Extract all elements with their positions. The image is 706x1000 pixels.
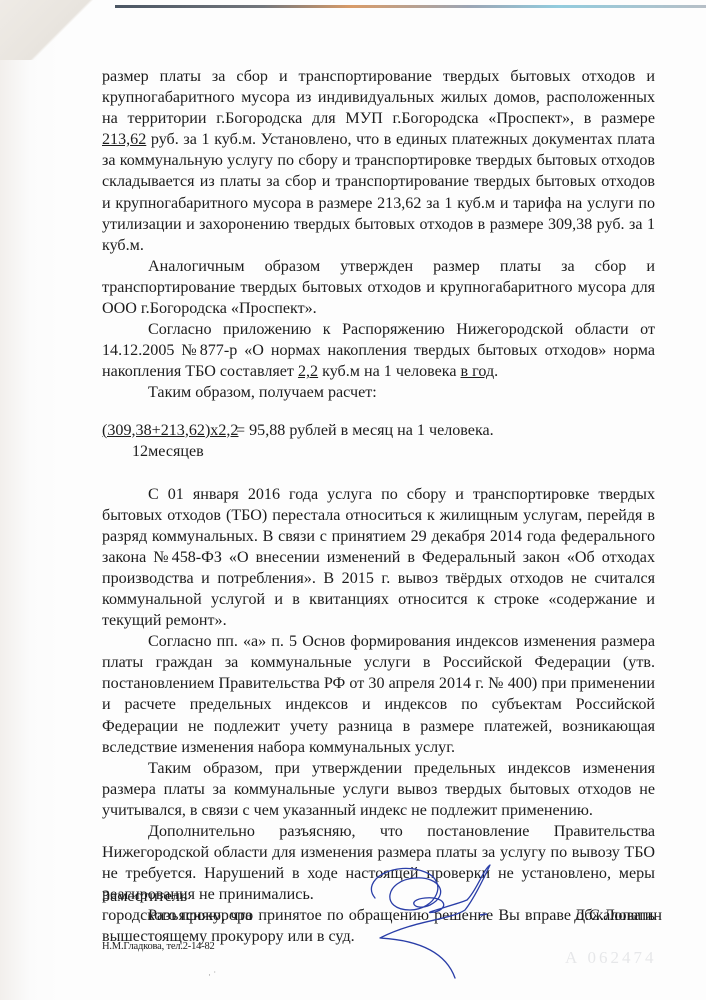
- scan-speckle: · ˙: [208, 970, 216, 980]
- text-segment: Таким образом, получаем расчет:: [148, 384, 377, 401]
- paragraph-4: Таким образом, получаем расчет:: [102, 382, 655, 403]
- signer-name: Д.С.Лопатин: [574, 906, 662, 925]
- paragraph-2: Аналогичным образом утвержден размер пла…: [102, 256, 655, 319]
- underlined-period: в год: [461, 363, 495, 380]
- formula-numerator: (309,38+213,62)х2,2: [102, 420, 238, 441]
- paragraph-3: Согласно приложению к Распоряжению Нижег…: [102, 319, 655, 382]
- paragraph-5: С 01 января 2016 года услуга по сбору и …: [102, 484, 655, 632]
- handwritten-signature-icon: [355, 860, 495, 985]
- paragraph-1: размер платы за сбор и транспортирование…: [102, 66, 655, 256]
- folded-corner: [0, 0, 120, 60]
- paragraph-6: Согласно пп. «а» п. 5 Основ формирования…: [102, 631, 655, 758]
- executor-contact: Н.М.Гладкова, тел.2-14-82: [102, 941, 215, 952]
- letter-body: размер платы за сбор и транспортирование…: [102, 66, 655, 948]
- text-segment: .: [494, 363, 498, 380]
- calculation-formula: (309,38+213,62)х2,2 = 95,88 рублей в мес…: [102, 420, 655, 484]
- underlined-norm: 2,2: [298, 363, 318, 380]
- scan-top-edge: [115, 5, 706, 8]
- text-segment: размер платы за сбор и транспортирование…: [102, 68, 655, 127]
- text-segment: руб. за 1 куб.м. Установлено, что в един…: [102, 131, 655, 253]
- underlined-amount: 213,62: [102, 131, 146, 148]
- bleed-through-serial: А 062474: [565, 948, 657, 968]
- formula-denominator: 12месяцев: [132, 441, 204, 462]
- paragraph-7: Таким образом, при утверждении предельны…: [102, 758, 655, 821]
- formula-result: = 95,88 рублей в месяц на 1 человека.: [236, 420, 494, 441]
- text-segment: Аналогичным образом утвержден размер пла…: [102, 258, 655, 317]
- text-segment: куб.м на 1 человека: [318, 363, 460, 380]
